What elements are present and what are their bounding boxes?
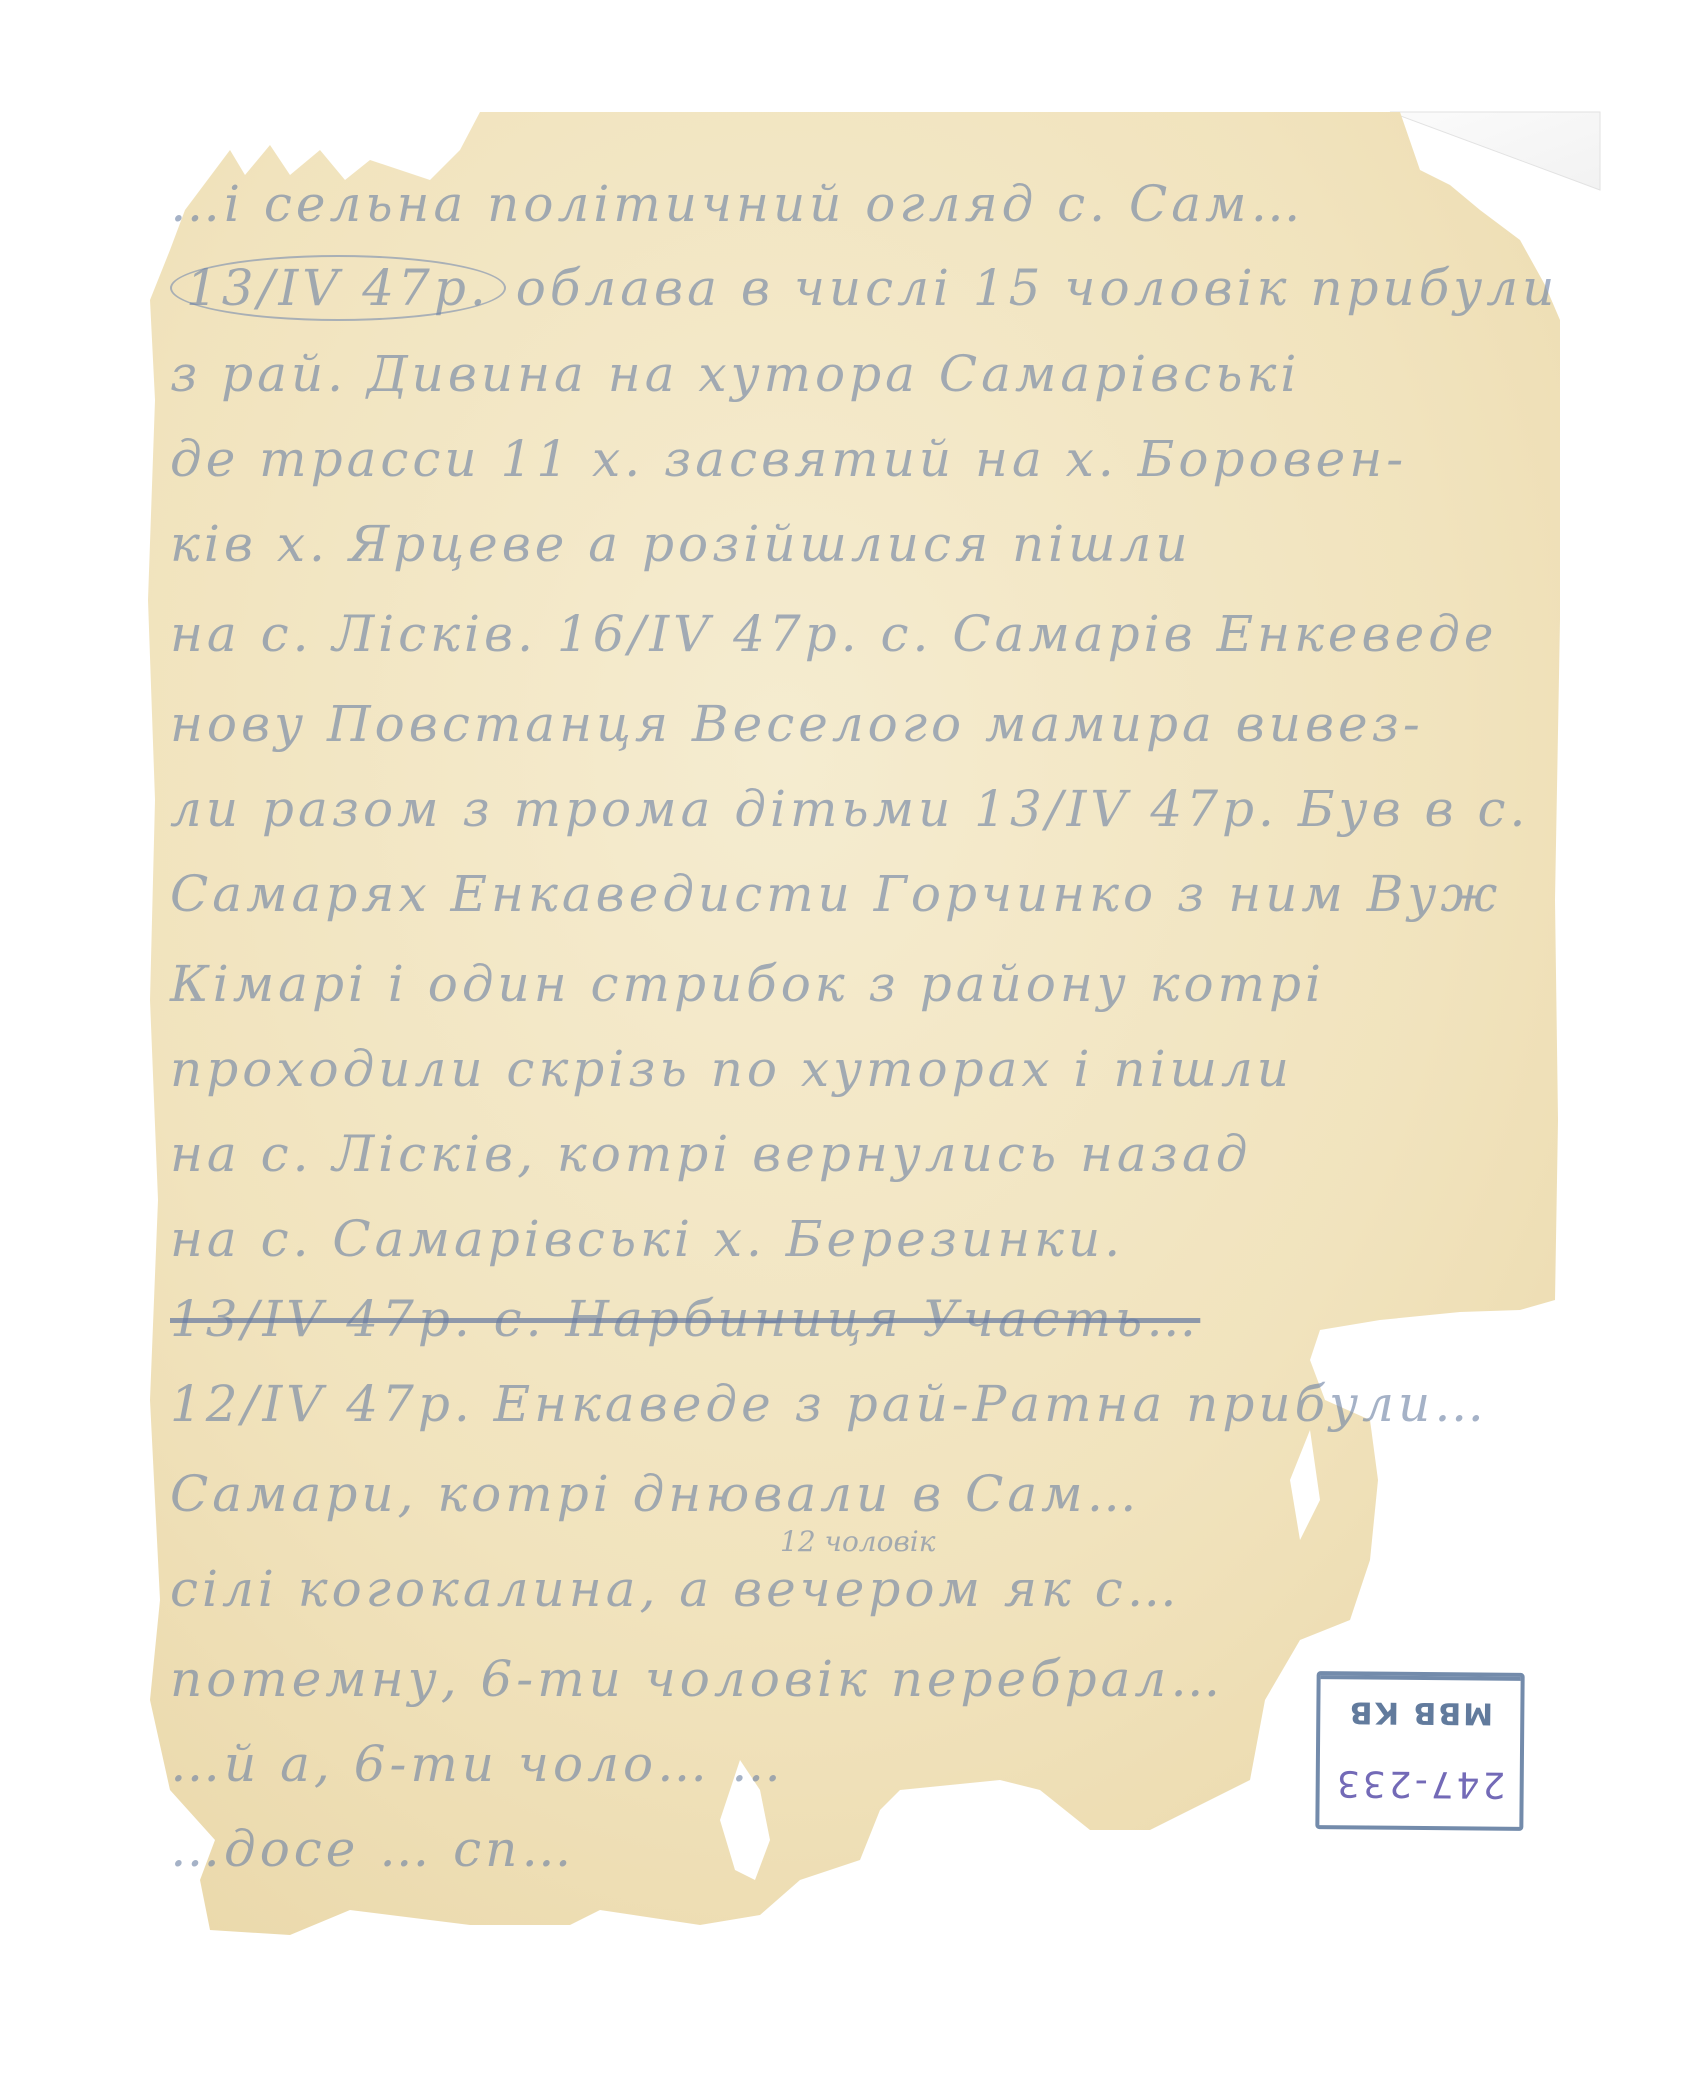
text-line: Самари, котрі днювали в Сам… [170, 1465, 1141, 1523]
text-line: …й а, 6-ти чоло… … [170, 1735, 785, 1793]
text-line: 12/IV 47р. Енкаведе з рай-Ратна прибули… [170, 1375, 1488, 1433]
text-line: сілі когокалина, а вечером як с… [170, 1560, 1181, 1618]
text-line: …досе … сп… [170, 1820, 575, 1878]
text-line: Самарях Енкаведисти Горчинко з ним Вуж [170, 865, 1501, 923]
text-line: Кімарі і один стрибок з району котрі [170, 955, 1325, 1013]
date-mark: 13/IV 47р. [170, 255, 506, 321]
stamp-file-number: 247-233 [1319, 1745, 1520, 1823]
text-line: 13/IV 47р.облава в числі 15 чоловік приб… [170, 255, 1558, 321]
text-line: ли разом з трома дітьми 13/IV 47р. Був в… [170, 780, 1529, 838]
text-line: на с. Лісків, котрі вернулись назад [170, 1125, 1251, 1183]
archive-stamp: МВВ КВ 247-233 [1315, 1671, 1524, 1831]
text-line: де трасси 11 х. засвятий на х. Боровен- [170, 430, 1407, 488]
text-line: на с. Самарівські х. Березинки. [170, 1210, 1124, 1268]
text-line: з рай. Дивина на хутора Самарівські [170, 345, 1300, 403]
struck-text-line: 13/IV 47р. с. Нарбиниця Участь… [170, 1290, 1200, 1348]
text-line: ків х. Ярцеве а розійшлися пішли [170, 515, 1192, 573]
scanned-document: …і сельна політичний огляд с. Сам… 13/IV… [0, 0, 1689, 2098]
stamp-archive-code: МВВ КВ [1320, 1675, 1521, 1747]
text-line: …і сельна політичний огляд с. Сам… [170, 175, 1304, 233]
interlinear-note: 12 чоловік [780, 1525, 935, 1558]
text-line: потемну, 6-ти чоловік перебрал… [170, 1650, 1224, 1708]
text-line: проходили скрізь по хуторах і пішли [170, 1040, 1293, 1098]
text-line: нову Повстанця Веселого мамира вивез- [170, 695, 1424, 753]
text-line: на с. Лісків. 16/IV 47р. с. Самарів Енке… [170, 605, 1498, 663]
text-line-rest: облава в числі 15 чоловік прибули [516, 259, 1559, 317]
